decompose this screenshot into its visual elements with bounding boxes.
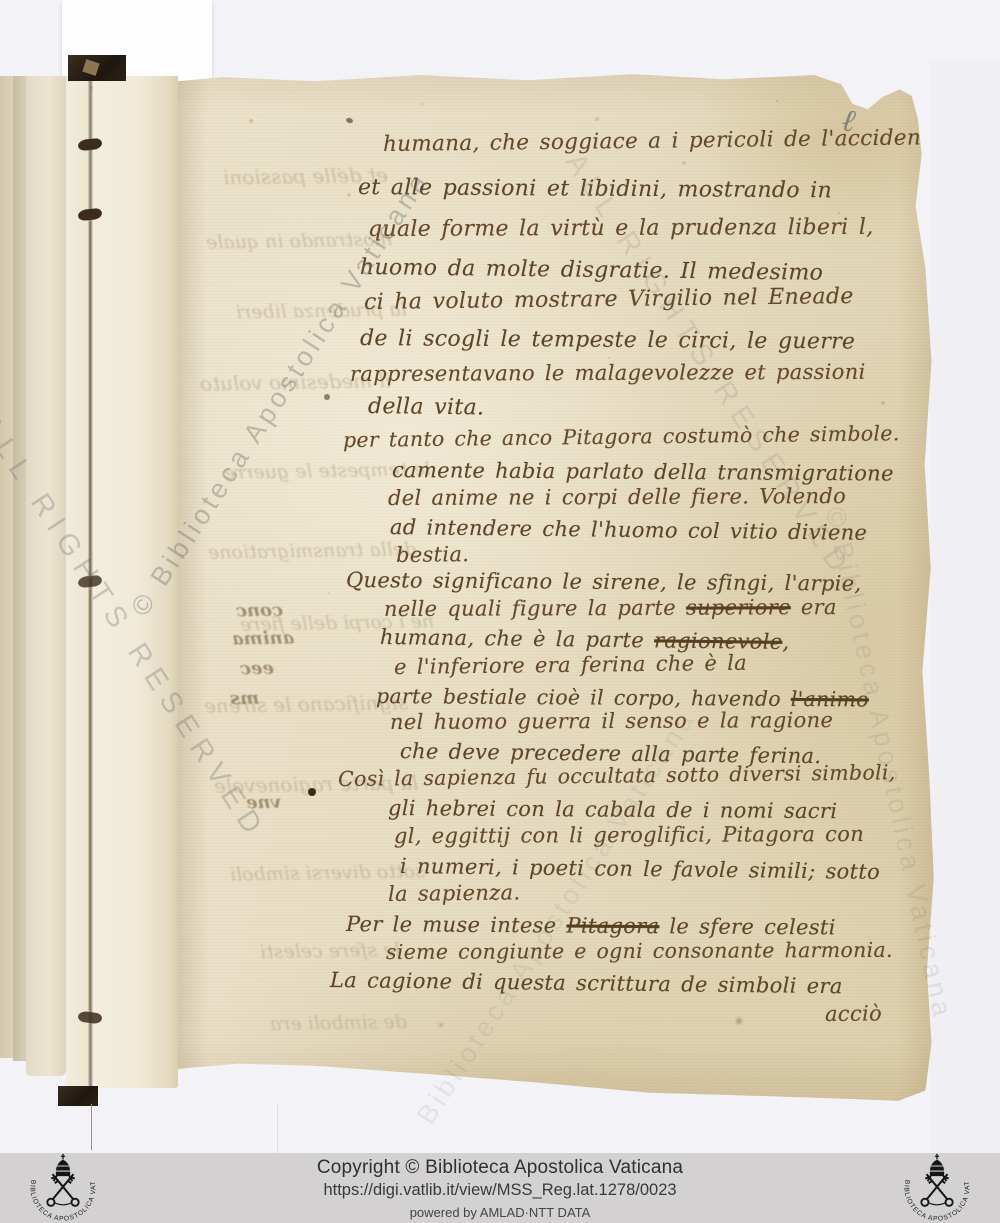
gutter-leaf-edge xyxy=(0,76,13,1058)
vatican-library-logo-icon xyxy=(898,1150,976,1223)
struck-word: superiore xyxy=(686,595,791,619)
manuscript-line: Questo significano le sirene, le sfingi,… xyxy=(346,568,862,596)
sewing-thread xyxy=(89,590,91,1010)
manuscript-line: humana, che soggiace a i pericoli de l'a… xyxy=(383,125,945,157)
manuscript-line: quale forme la virtù e la prudenza liber… xyxy=(368,215,874,242)
sewing-thread xyxy=(91,1104,92,1150)
footer-copyright-text: Copyright © Biblioteca Apostolica Vatica… xyxy=(0,1157,1000,1179)
bleedthrough-text: eec xyxy=(240,658,274,680)
gutter-fold-strip xyxy=(93,76,178,1088)
gutter-shadow xyxy=(13,76,26,1061)
photo-background xyxy=(930,60,1000,1155)
manuscript-line: e l'inferiore era ferina che è la xyxy=(394,651,747,679)
gutter-fold-strip xyxy=(26,76,66,1076)
bleedthrough-text: ms xyxy=(230,688,260,710)
footer-source-url: https://digi.vatlib.it/view/MSS_Reg.lat.… xyxy=(0,1181,1000,1200)
leather-band-top xyxy=(68,55,126,81)
leather-band-bottom xyxy=(58,1086,98,1106)
manuscript-line: gli hebrei con la cabala de i nomi sacri xyxy=(388,796,837,823)
sewing-thread xyxy=(89,222,91,578)
ink-blot xyxy=(324,394,330,400)
manuscript-line: la sapienza. xyxy=(388,880,521,906)
manuscript-line: nelle quali figure la parte superiore er… xyxy=(384,595,837,621)
manuscript-line: de li scogli le tempeste le circi, le gu… xyxy=(360,326,856,354)
manuscript-line: acciò xyxy=(825,1001,882,1026)
manuscript-line: del anime ne i corpi delle fiere. Volend… xyxy=(388,484,846,510)
manuscript-line: camente habia parlato della transmigrati… xyxy=(392,458,894,486)
manuscript-page: et delle passionimostrando in qualela pr… xyxy=(178,72,936,1105)
bleedthrough-text: vne xyxy=(246,792,281,814)
manuscript-line: ci ha voluto mostrare Virgilio nel Enead… xyxy=(364,284,854,315)
manuscript-line: rappresentavano le malagevolezze et pass… xyxy=(350,360,866,386)
bleedthrough-text: anima xyxy=(232,627,295,649)
manuscript-line: Così la sapienza fu occultata sotto dive… xyxy=(338,760,896,791)
bleedthrough-text: de simboli era xyxy=(270,1011,407,1035)
manuscript-line: bestia. xyxy=(396,542,469,567)
ink-blot xyxy=(308,788,316,796)
scanned-manuscript-viewer: et delle passionimostrando in qualela pr… xyxy=(0,0,1000,1223)
manuscript-line: nel huomo guerra il senso e la ragione xyxy=(390,708,833,734)
bleedthrough-text: mostrando in quale xyxy=(206,228,393,253)
bleedthrough-text: conc xyxy=(236,600,283,622)
manuscript-line: ad intendere che l'huomo col vitio divie… xyxy=(390,515,868,545)
ink-smudge xyxy=(345,117,353,124)
manuscript-line: gl, eggittij con li geroglifici, Pitagor… xyxy=(394,822,864,848)
manuscript-line: sieme congiunte e ogni consonante harmon… xyxy=(386,938,893,964)
manuscript-line: humana, che è la parte ragionevole, xyxy=(380,625,790,654)
manuscript-line: huomo da molte disgratie. Il medesimo xyxy=(360,255,824,286)
manuscript-line: per tanto che anco Pitagora costumò che … xyxy=(343,421,900,452)
backing-sheet-edge xyxy=(277,1104,278,1154)
bleedthrough-text: le sfere celesti xyxy=(260,939,401,963)
manuscript-line: Per le muse intese Pitagora le sfere cel… xyxy=(346,912,836,939)
vatican-library-logo-icon xyxy=(24,1150,102,1223)
manuscript-line: i numeri, i poeti con le favole simili; … xyxy=(400,854,880,884)
bleedthrough-text: della transmigratione xyxy=(208,538,417,564)
manuscript-line: della vita. xyxy=(368,394,485,420)
manuscript-line: et alle passioni et libidini, mostrando … xyxy=(358,175,832,203)
struck-word: Pitagora xyxy=(566,914,659,939)
manuscript-line: La cagione di questa scrittura de simbol… xyxy=(330,968,843,998)
footer-powered-by-text: powered by AMLAD·NTT DATA xyxy=(0,1205,1000,1220)
